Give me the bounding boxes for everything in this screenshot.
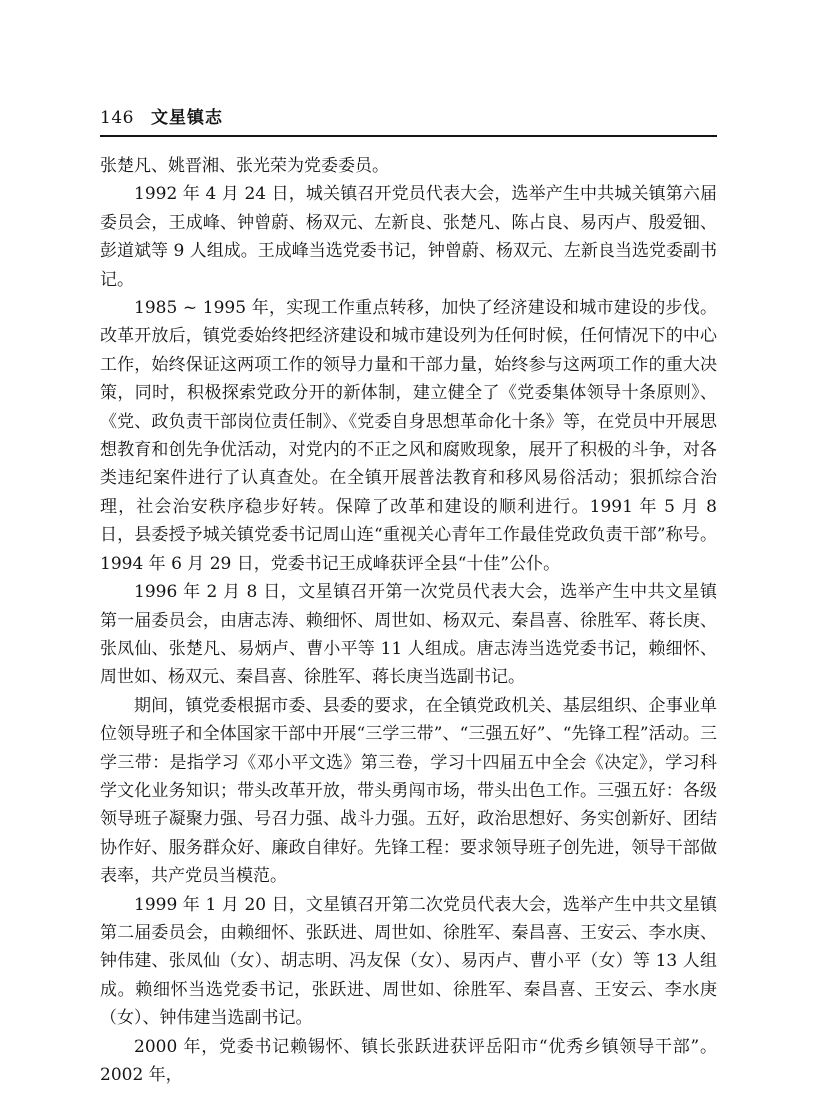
content-area: 146 文星镇志 张楚凡、姚晋湘、张光荣为党委委员。 1992 年 4 月 24…: [100, 103, 717, 1089]
paragraph-1992-congress: 1992 年 4 月 24 日，城关镇召开党员代表大会，选举产生中共城关镇第六届…: [100, 180, 717, 294]
paragraph-2000-awards: 2000 年，党委书记赖锡怀、镇长张跃进获评岳阳市“优秀乡镇领导干部”。2002…: [100, 1033, 717, 1090]
paragraph-1999-second-congress: 1999 年 1 月 20 日，文星镇召开第二次党员代表大会，选举产生中共文星镇…: [100, 891, 717, 1033]
body-text: 张楚凡、姚晋湘、张光荣为党委委员。 1992 年 4 月 24 日，城关镇召开党…: [100, 152, 717, 1089]
paragraph-campaigns: 期间，镇党委根据市委、县委的要求，在全镇党政机关、基层组织、企事业单位领导班子和…: [100, 692, 717, 891]
paragraph-1996-first-congress: 1996 年 2 月 8 日，文星镇召开第一次党员代表大会，选举产生中共文星镇第…: [100, 578, 717, 692]
running-header: 146 文星镇志: [100, 103, 717, 137]
paragraph-1985-1995-reform: 1985 ~ 1995 年，实现工作重点转移，加快了经济建设和城市建设的步伐。改…: [100, 294, 717, 578]
page-number: 146: [100, 108, 134, 128]
book-title: 文星镇志: [151, 103, 223, 128]
paragraph-continuation: 张楚凡、姚晋湘、张光荣为党委委员。: [100, 152, 717, 180]
book-page: 146 文星镇志 张楚凡、姚晋湘、张光荣为党委委员。 1992 年 4 月 24…: [0, 0, 816, 1099]
